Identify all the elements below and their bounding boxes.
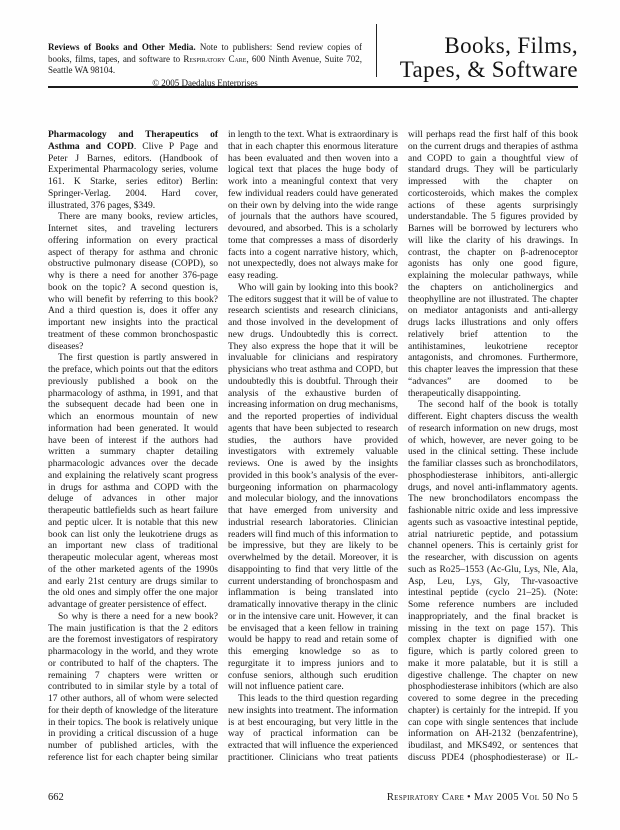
section-title-line-2: Tapes, & Software [400,58,578,82]
book-citation: Pharmacology and Therapeutics of Asthma … [48,130,218,212]
publisher-note: Reviews of Books and Other Media. Note t… [48,42,362,89]
review-body: Pharmacology and Therapeutics of Asthma … [48,130,578,770]
section-title-line-1: Books, Films, [400,34,578,58]
journal-page: Reviews of Books and Other Media. Note t… [0,0,620,830]
review-paragraph: Who will gain by looking into this book?… [228,283,398,694]
page-number: 662 [48,792,64,803]
review-paragraph: The first question is partly answered in… [48,353,218,612]
journal-name: Respiratory Care [183,54,246,64]
header-rule [48,86,578,88]
journal-reference: Respiratory Care • May 2005 Vol 50 No 5 [387,792,578,803]
header-divider [376,24,377,77]
section-title: Books, Films, Tapes, & Software [400,34,578,81]
note-lead: Reviews of Books and Other Media. [48,42,196,52]
note-text: Reviews of Books and Other Media. Note t… [48,42,362,77]
citation-details: . Clive P Page and Peter J Barnes, edito… [48,142,218,211]
review-paragraph: There are many books, review articles, I… [48,212,218,353]
